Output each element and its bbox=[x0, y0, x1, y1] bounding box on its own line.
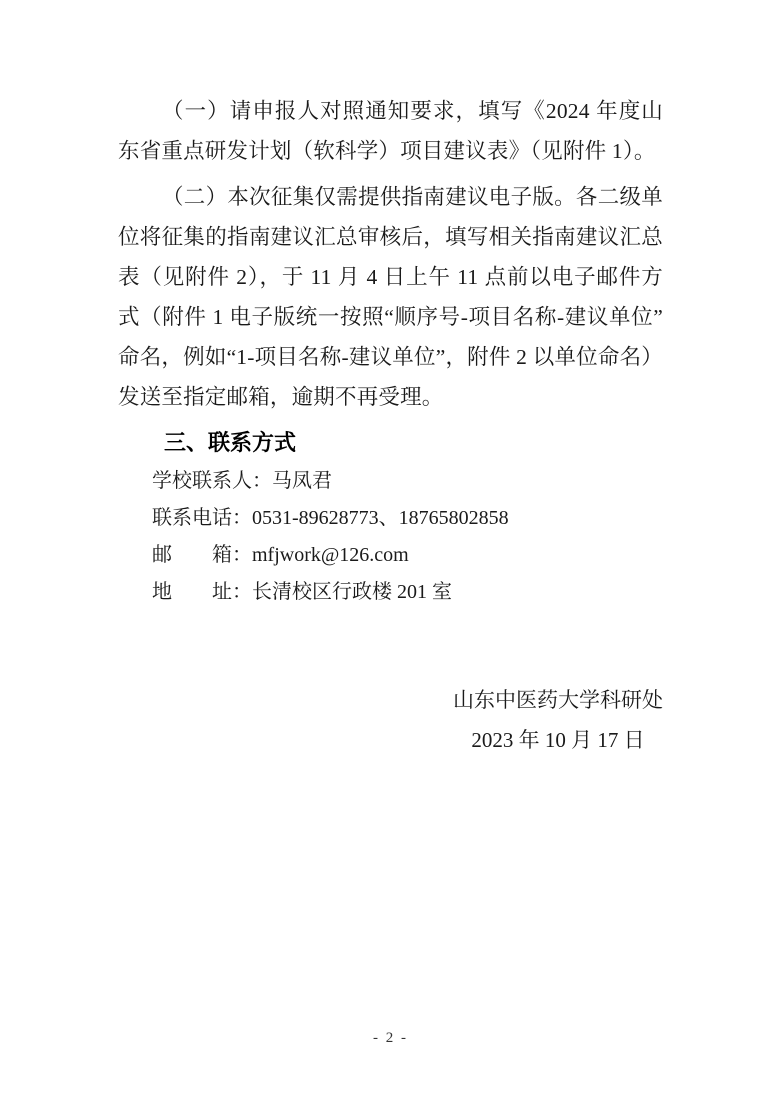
document-body: （一）请申报人对照通知要求，填写《2024 年度山东省重点研发计划（软科学）项目… bbox=[118, 91, 663, 760]
contact-value-person: 马凤君 bbox=[272, 470, 332, 492]
signature-date: 2023 年 10 月 17 日 bbox=[453, 720, 663, 760]
contact-row-person: 学校联系人：马凤君 bbox=[152, 463, 663, 500]
contact-label-person: 学校联系人： bbox=[152, 463, 272, 500]
contact-label-email: 邮 箱： bbox=[152, 537, 252, 574]
contact-row-address: 地 址：长清校区行政楼 201 室 bbox=[152, 574, 663, 611]
contact-label-address: 地 址： bbox=[152, 574, 252, 611]
contact-value-address: 长清校区行政楼 201 室 bbox=[252, 581, 452, 603]
contact-value-email: mfjwork@126.com bbox=[252, 544, 409, 566]
body-paragraph-2: （二）本次征集仅需提供指南建议电子版。各二级单位将征集的指南建议汇总审核后，填写… bbox=[118, 177, 663, 417]
contact-label-phone: 联系电话： bbox=[152, 500, 252, 537]
document-page: （一）请申报人对照通知要求，填写《2024 年度山东省重点研发计划（软科学）项目… bbox=[0, 0, 781, 1107]
contact-row-phone: 联系电话：0531-89628773、18765802858 bbox=[152, 500, 663, 537]
signature-block: 山东中医药大学科研处 2023 年 10 月 17 日 bbox=[118, 680, 663, 760]
contact-value-phone: 0531-89628773、18765802858 bbox=[252, 507, 509, 529]
signature-organization: 山东中医药大学科研处 bbox=[453, 680, 663, 720]
section-heading-contact: 三、联系方式 bbox=[164, 423, 663, 463]
contact-list: 学校联系人：马凤君 联系电话：0531-89628773、18765802858… bbox=[152, 463, 663, 611]
page-number: - 2 - bbox=[0, 1028, 781, 1048]
body-paragraph-1: （一）请申报人对照通知要求，填写《2024 年度山东省重点研发计划（软科学）项目… bbox=[118, 91, 663, 171]
contact-row-email: 邮 箱：mfjwork@126.com bbox=[152, 537, 663, 574]
